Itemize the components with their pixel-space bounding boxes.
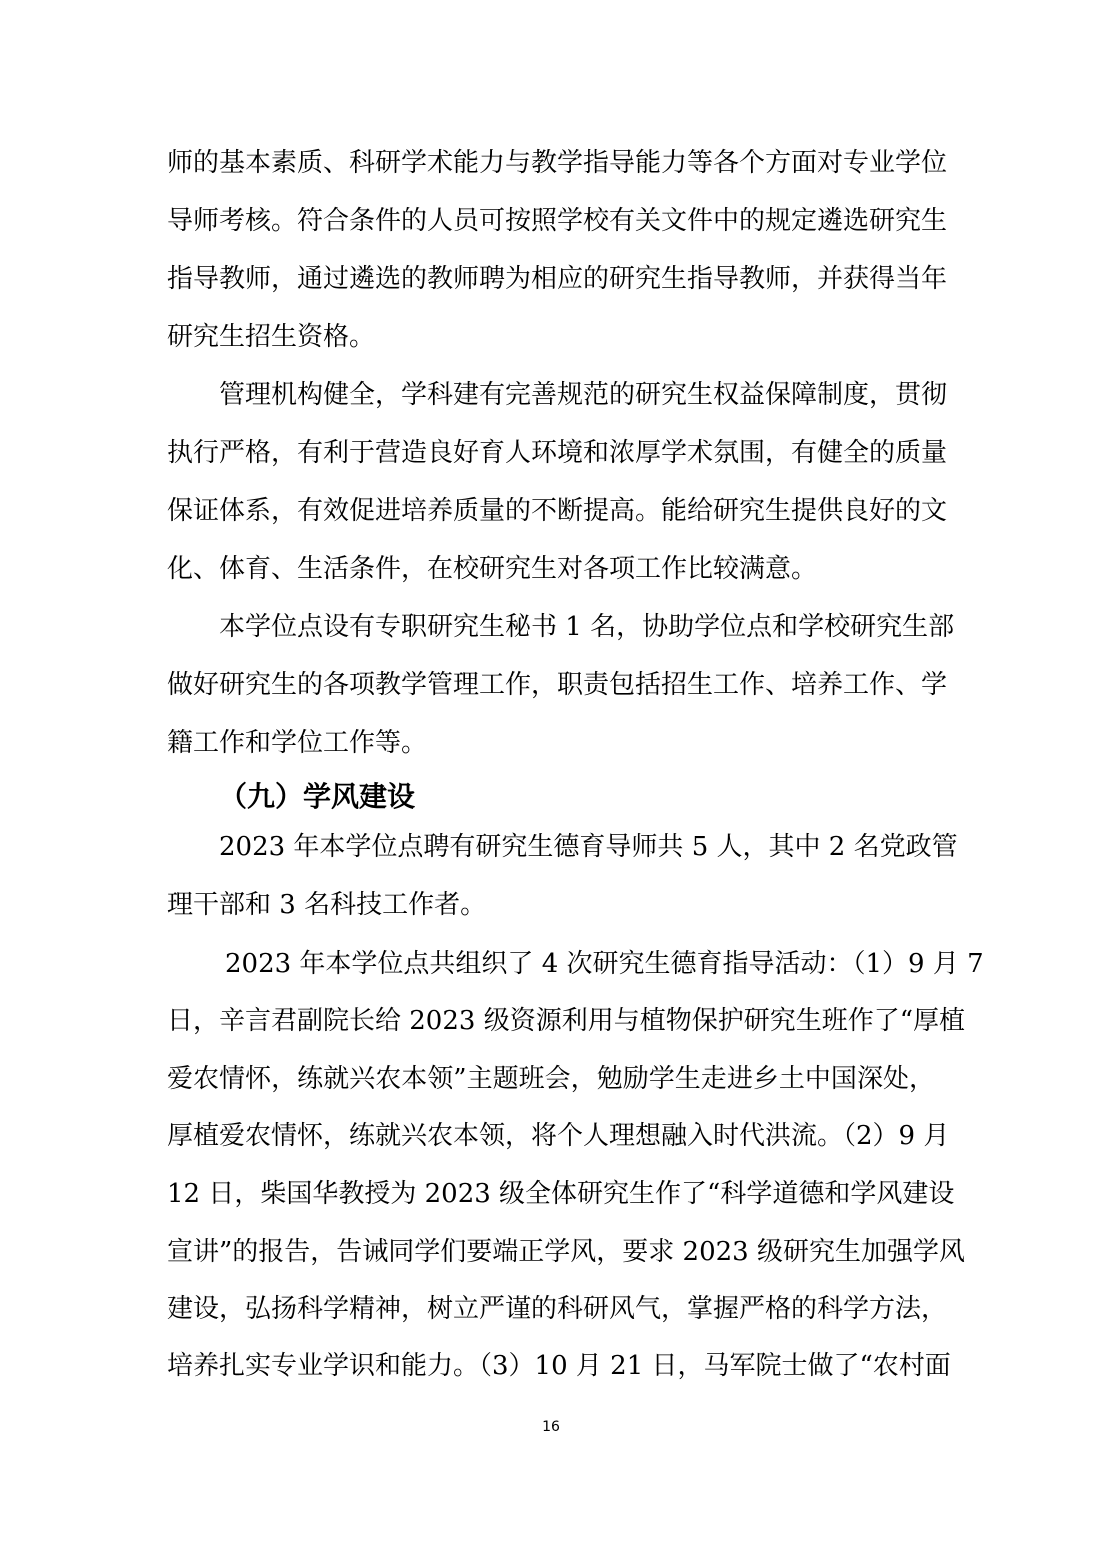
paragraph-3-line-2: 做好研究生的各项教学管理工作，职责包括招生工作、培养工作、学 — [167, 670, 935, 700]
section-paragraph-2-line-5: 12 日，柴国华教授为 2023 级全体研究生作了“科学道德和学风建设 — [167, 1179, 935, 1209]
section-paragraph-2-line-1: 2023 年本学位点共组织了 4 次研究生德育指导活动：（1）9 月 7 — [225, 949, 935, 979]
paragraph-1-line-1: 师的基本素质、科研学术能力与教学指导能力等各个方面对专业学位 — [167, 148, 935, 178]
section-heading: （九）学风建设 — [219, 780, 415, 814]
paragraph-2-line-4: 化、体育、生活条件，在校研究生对各项工作比较满意。 — [167, 554, 935, 584]
document-page: 师的基本素质、科研学术能力与教学指导能力等各个方面对专业学位 导师考核。符合条件… — [0, 0, 1102, 1559]
section-paragraph-2-line-2: 日，辛言君副院长给 2023 级资源利用与植物保护研究生班作了“厚植 — [167, 1006, 935, 1036]
section-paragraph-2-line-6: 宣讲”的报告，告诫同学们要端正学风，要求 2023 级研究生加强学风 — [167, 1237, 935, 1267]
paragraph-1-line-2: 导师考核。符合条件的人员可按照学校有关文件中的规定遴选研究生 — [167, 206, 935, 236]
paragraph-2-line-2: 执行严格，有利于营造良好育人环境和浓厚学术氛围，有健全的质量 — [167, 438, 935, 468]
section-paragraph-1-line-1: 2023 年本学位点聘有研究生德育导师共 5 人，其中 2 名党政管 — [219, 832, 935, 862]
section-paragraph-2-line-4: 厚植爱农情怀，练就兴农本领，将个人理想融入时代洪流。（2）9 月 — [167, 1121, 935, 1151]
section-paragraph-2-line-7: 建设，弘扬科学精神，树立严谨的科研风气，掌握严格的科学方法， — [167, 1294, 935, 1324]
paragraph-1-line-3: 指导教师，通过遴选的教师聘为相应的研究生指导教师，并获得当年 — [167, 264, 935, 294]
paragraph-2-line-1: 管理机构健全，学科建有完善规范的研究生权益保障制度，贯彻 — [219, 380, 935, 410]
paragraph-1-line-4: 研究生招生资格。 — [167, 322, 935, 352]
paragraph-2-line-3: 保证体系，有效促进培养质量的不断提高。能给研究生提供良好的文 — [167, 496, 935, 526]
paragraph-3-line-3: 籍工作和学位工作等。 — [167, 728, 935, 758]
page-number: 16 — [0, 1418, 1102, 1436]
paragraph-3-line-1: 本学位点设有专职研究生秘书 1 名，协助学位点和学校研究生部 — [219, 612, 935, 642]
section-paragraph-2-line-3: 爱农情怀，练就兴农本领”主题班会，勉励学生走进乡土中国深处， — [167, 1064, 935, 1094]
section-paragraph-2-line-8: 培养扎实专业学识和能力。（3）10 月 21 日，马军院士做了“农村面 — [167, 1351, 935, 1381]
section-paragraph-1-line-2: 理干部和 3 名科技工作者。 — [167, 890, 935, 920]
